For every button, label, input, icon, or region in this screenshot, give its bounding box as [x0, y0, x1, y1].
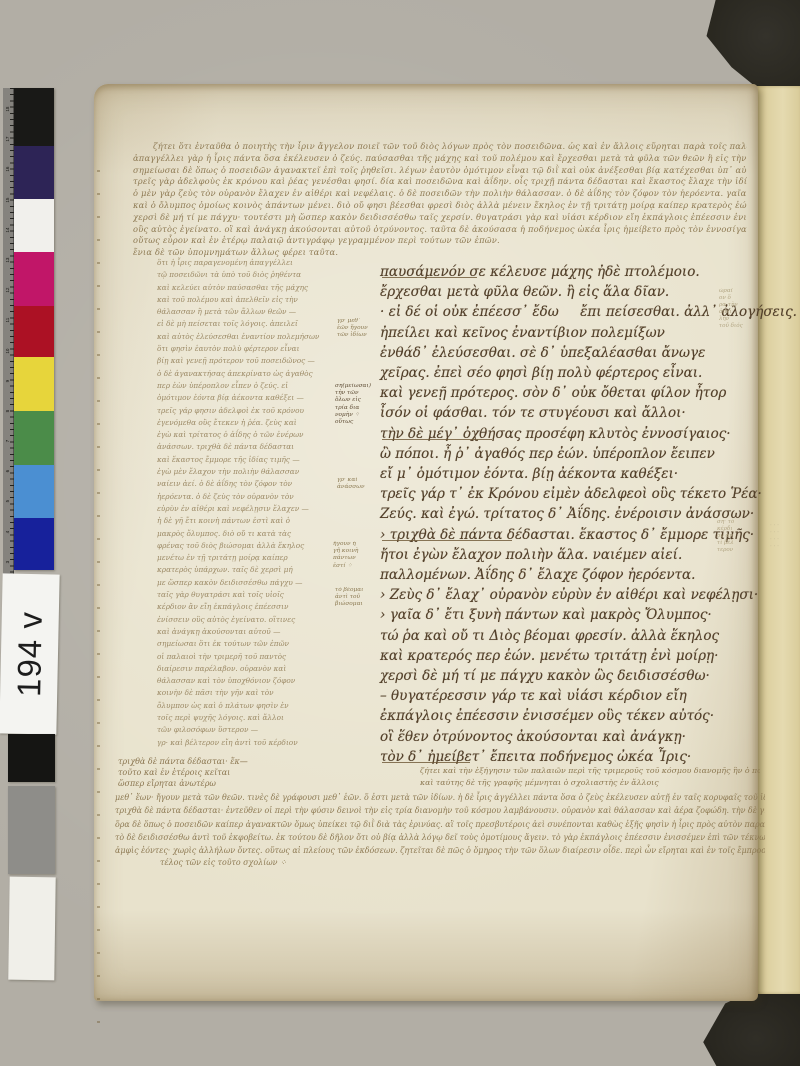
- ruler-numbers: 181716151413121110987654321: [3, 94, 11, 637]
- grayscale-patch-white: [8, 877, 55, 981]
- patch-dark-violet: [14, 146, 54, 199]
- patch-magenta: [14, 252, 54, 306]
- patch-white: [14, 199, 54, 252]
- folio-label-text: 194 v: [10, 611, 50, 698]
- folio-label: 194 v: [0, 573, 60, 734]
- patch-red: [14, 306, 54, 357]
- color-calibration-bar: 181716151413121110987654321 194 v: [0, 0, 800, 1066]
- color-patches: [14, 88, 54, 570]
- ruler-strip: 181716151413121110987654321: [3, 88, 14, 633]
- patch-black: [14, 88, 54, 146]
- patch-dark-blue: [14, 518, 54, 570]
- patch-light-blue: [14, 465, 54, 518]
- grayscale-patch-gray: [8, 786, 55, 874]
- patch-green: [14, 411, 54, 465]
- manuscript-photo: · · ·· · ·· · ·· · · ζήτει ὅτι ἐνταῦθα ὁ…: [0, 0, 800, 1066]
- grayscale-patch-black: [8, 734, 55, 782]
- patch-yellow: [14, 357, 54, 411]
